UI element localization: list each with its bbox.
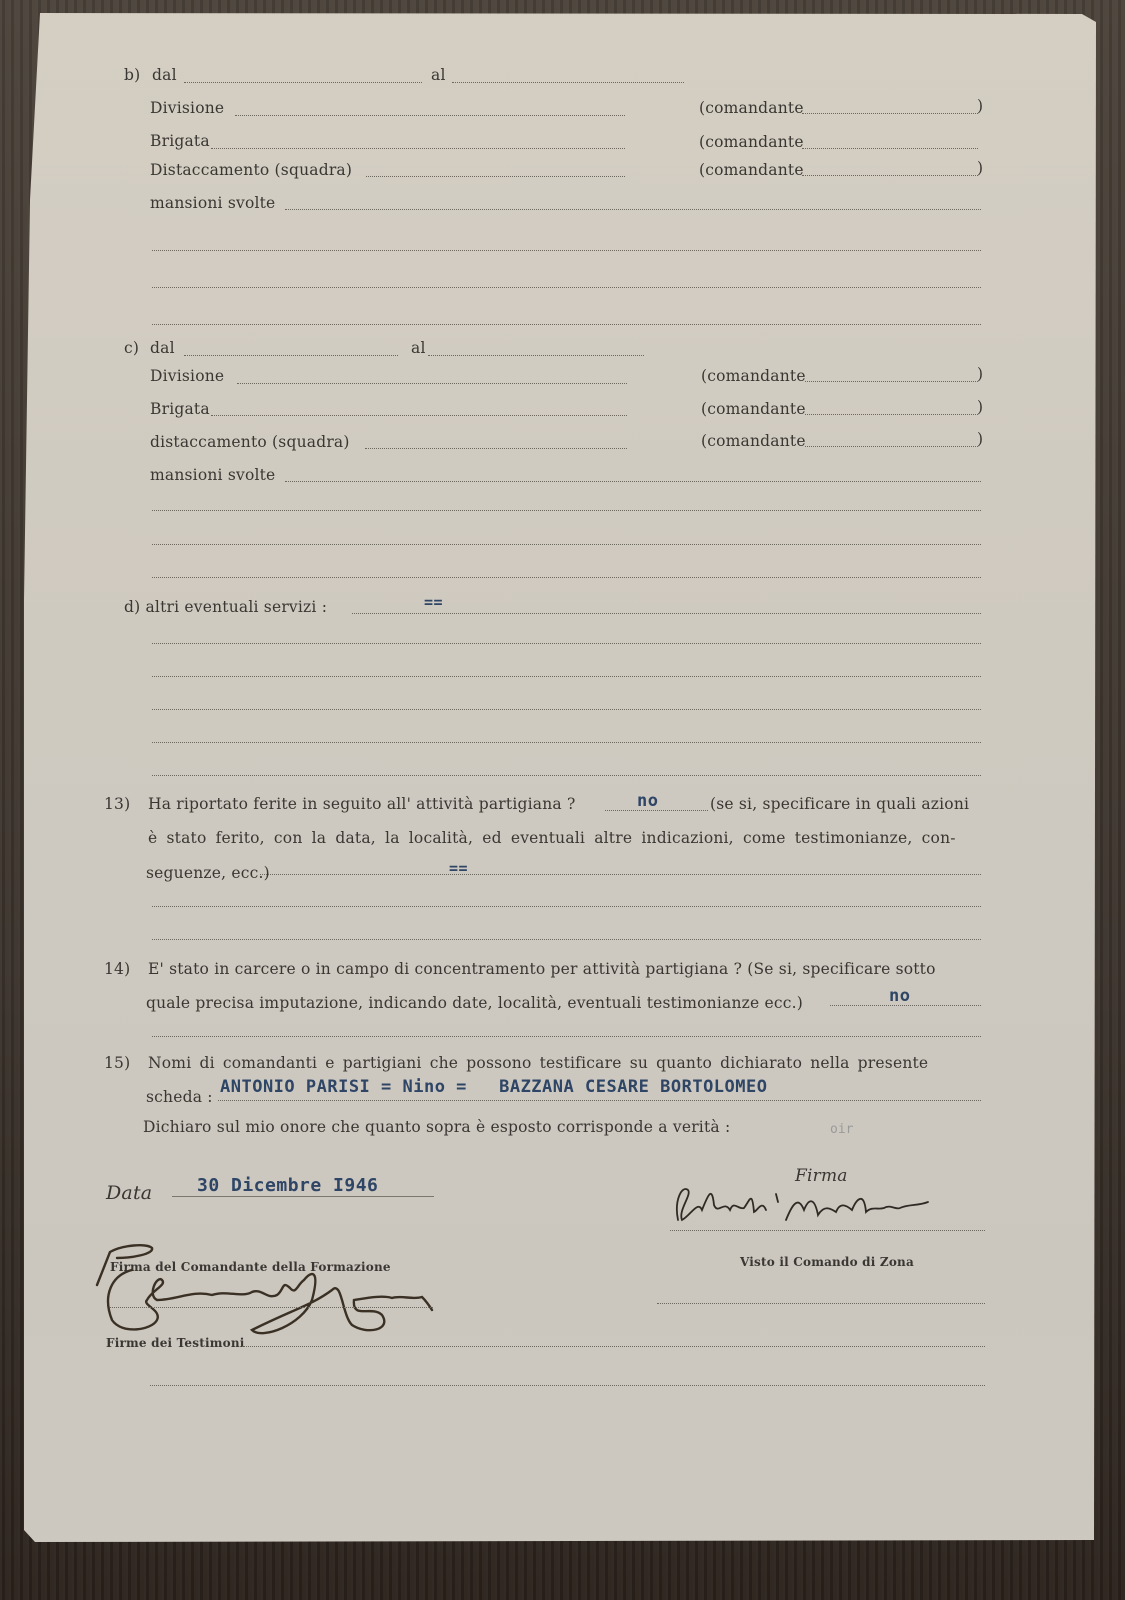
section-b-mansioni-field[interactable]: [285, 209, 981, 210]
faint-stamp-mark: oir: [830, 1122, 853, 1137]
section-b-al-label: al: [431, 66, 446, 84]
data-label: Data: [106, 1182, 152, 1204]
section-d-line[interactable]: [152, 643, 981, 644]
q14-question: E' stato in carcere o in campo di concen…: [148, 960, 936, 978]
section-c-al-label: al: [411, 339, 426, 357]
q14-number: 14): [104, 960, 130, 978]
section-d-line[interactable]: [152, 742, 981, 743]
q13-consequences-field[interactable]: [260, 874, 981, 875]
section-b-mansioni-line[interactable]: [152, 287, 981, 288]
form-page: b) dal al Divisione (comandante ) Brigat…: [0, 0, 1125, 1600]
q13-answer: no: [637, 791, 658, 811]
section-b-distaccamento-field[interactable]: [366, 176, 625, 177]
section-c-distaccamento-comandante-field[interactable]: [805, 446, 978, 447]
q14-line[interactable]: [152, 1036, 981, 1037]
q13-instructions-cont: è stato ferito, con la data, la località…: [148, 829, 956, 847]
testimoni-field-2[interactable]: [150, 1385, 985, 1386]
section-b-divisione-comandante-field[interactable]: [802, 113, 978, 114]
section-b-brigata-comandante-label: (comandante: [699, 133, 804, 151]
section-b-brigata-field[interactable]: [211, 148, 625, 149]
section-c-brigata-label: Brigata: [150, 400, 210, 418]
q13-question: Ha riportato ferite in seguito all' atti…: [148, 795, 575, 813]
q15-number: 15): [104, 1054, 130, 1072]
section-d-line[interactable]: [152, 676, 981, 677]
q13-number: 13): [104, 795, 130, 813]
q14-question-cont: quale precisa imputazione, indicando dat…: [146, 994, 803, 1012]
section-b-dal-label: dal: [152, 66, 177, 84]
date-field[interactable]: [172, 1196, 434, 1197]
section-b-mansioni-line[interactable]: [152, 324, 981, 325]
q15-scheda-label: scheda :: [146, 1088, 213, 1106]
section-b-distaccamento-comandante-label: (comandante: [699, 161, 804, 179]
close-paren: ): [977, 97, 983, 115]
firma-signature: [668, 1180, 938, 1230]
section-d-field[interactable]: [352, 613, 981, 614]
section-b-distaccamento-label: Distaccamento (squadra): [150, 161, 352, 179]
section-d-label: d) altri eventuali servizi :: [124, 598, 327, 616]
declaration-text: Dichiaro sul mio onore che quanto sopra …: [143, 1118, 730, 1136]
section-c-mansioni-field[interactable]: [285, 481, 981, 482]
q14-answer: no: [889, 986, 910, 1006]
section-c-mansioni-line[interactable]: [152, 510, 981, 511]
section-b-al-field[interactable]: [452, 82, 684, 83]
section-c-distaccamento-field[interactable]: [365, 448, 627, 449]
section-c-mansioni-label: mansioni svolte: [150, 466, 275, 484]
q13-line[interactable]: [152, 906, 981, 907]
section-c-divisione-label: Divisione: [150, 367, 224, 385]
section-b-divisione-field[interactable]: [235, 115, 625, 116]
section-c-al-field[interactable]: [428, 355, 644, 356]
q15-witnesses-field[interactable]: [218, 1100, 981, 1101]
section-c-dal-field[interactable]: [184, 355, 398, 356]
close-paren: ): [977, 159, 983, 177]
visto-signature-field[interactable]: [657, 1303, 985, 1304]
close-paren: ): [977, 430, 983, 448]
visto-label: Visto il Comando di Zona: [740, 1255, 914, 1269]
q13-instructions: (se si, specificare in quali azioni: [710, 795, 969, 813]
section-c-brigata-comandante-label: (comandante: [701, 400, 806, 418]
section-b-mansioni-label: mansioni svolte: [150, 194, 275, 212]
section-b-divisione-label: Divisione: [150, 99, 224, 117]
close-paren: ): [977, 365, 983, 383]
section-b-mansioni-line[interactable]: [152, 250, 981, 251]
section-b-dal-field[interactable]: [184, 82, 422, 83]
q13-line[interactable]: [152, 939, 981, 940]
testimoni-field[interactable]: [240, 1346, 985, 1347]
date-value: 30 Dicembre I946: [197, 1175, 378, 1196]
section-c-divisione-field[interactable]: [237, 383, 627, 384]
section-c-brigata-comandante-field[interactable]: [805, 414, 978, 415]
section-c-distaccamento-comandante-label: (comandante: [701, 432, 806, 450]
section-b-label: b): [124, 66, 140, 84]
firma-signature-field[interactable]: [670, 1230, 985, 1231]
section-c-mansioni-line[interactable]: [152, 544, 981, 545]
section-c-divisione-comandante-label: (comandante: [701, 367, 806, 385]
section-d-typed-value: ==: [424, 593, 443, 611]
section-c-mansioni-line[interactable]: [152, 577, 981, 578]
q13-typed-value: ==: [449, 859, 468, 877]
comandante-signature-field[interactable]: [110, 1307, 433, 1308]
section-b-brigata-comandante-field[interactable]: [802, 148, 978, 149]
section-c-dal-label: dal: [150, 339, 175, 357]
section-c-divisione-comandante-field[interactable]: [805, 381, 978, 382]
q13-consequences-label: seguenze, ecc.): [146, 864, 270, 882]
section-b-brigata-label: Brigata: [150, 132, 210, 150]
q15-witnesses: ANTONIO PARISI = Nino = BAZZANA CESARE B…: [220, 1077, 767, 1097]
section-c-label: c): [124, 339, 139, 357]
section-c-brigata-field[interactable]: [211, 415, 627, 416]
section-d-line[interactable]: [152, 709, 981, 710]
section-d-line[interactable]: [152, 775, 981, 776]
q15-question: Nomi di comandanti e partigiani che poss…: [148, 1054, 928, 1072]
section-b-distaccamento-comandante-field[interactable]: [802, 175, 978, 176]
close-paren: ): [977, 398, 983, 416]
section-b-divisione-comandante-label: (comandante: [699, 99, 804, 117]
testimoni-label: Firme dei Testimoni: [106, 1336, 245, 1350]
section-c-distaccamento-label: distaccamento (squadra): [150, 433, 350, 451]
comandante-signature: [92, 1240, 442, 1345]
